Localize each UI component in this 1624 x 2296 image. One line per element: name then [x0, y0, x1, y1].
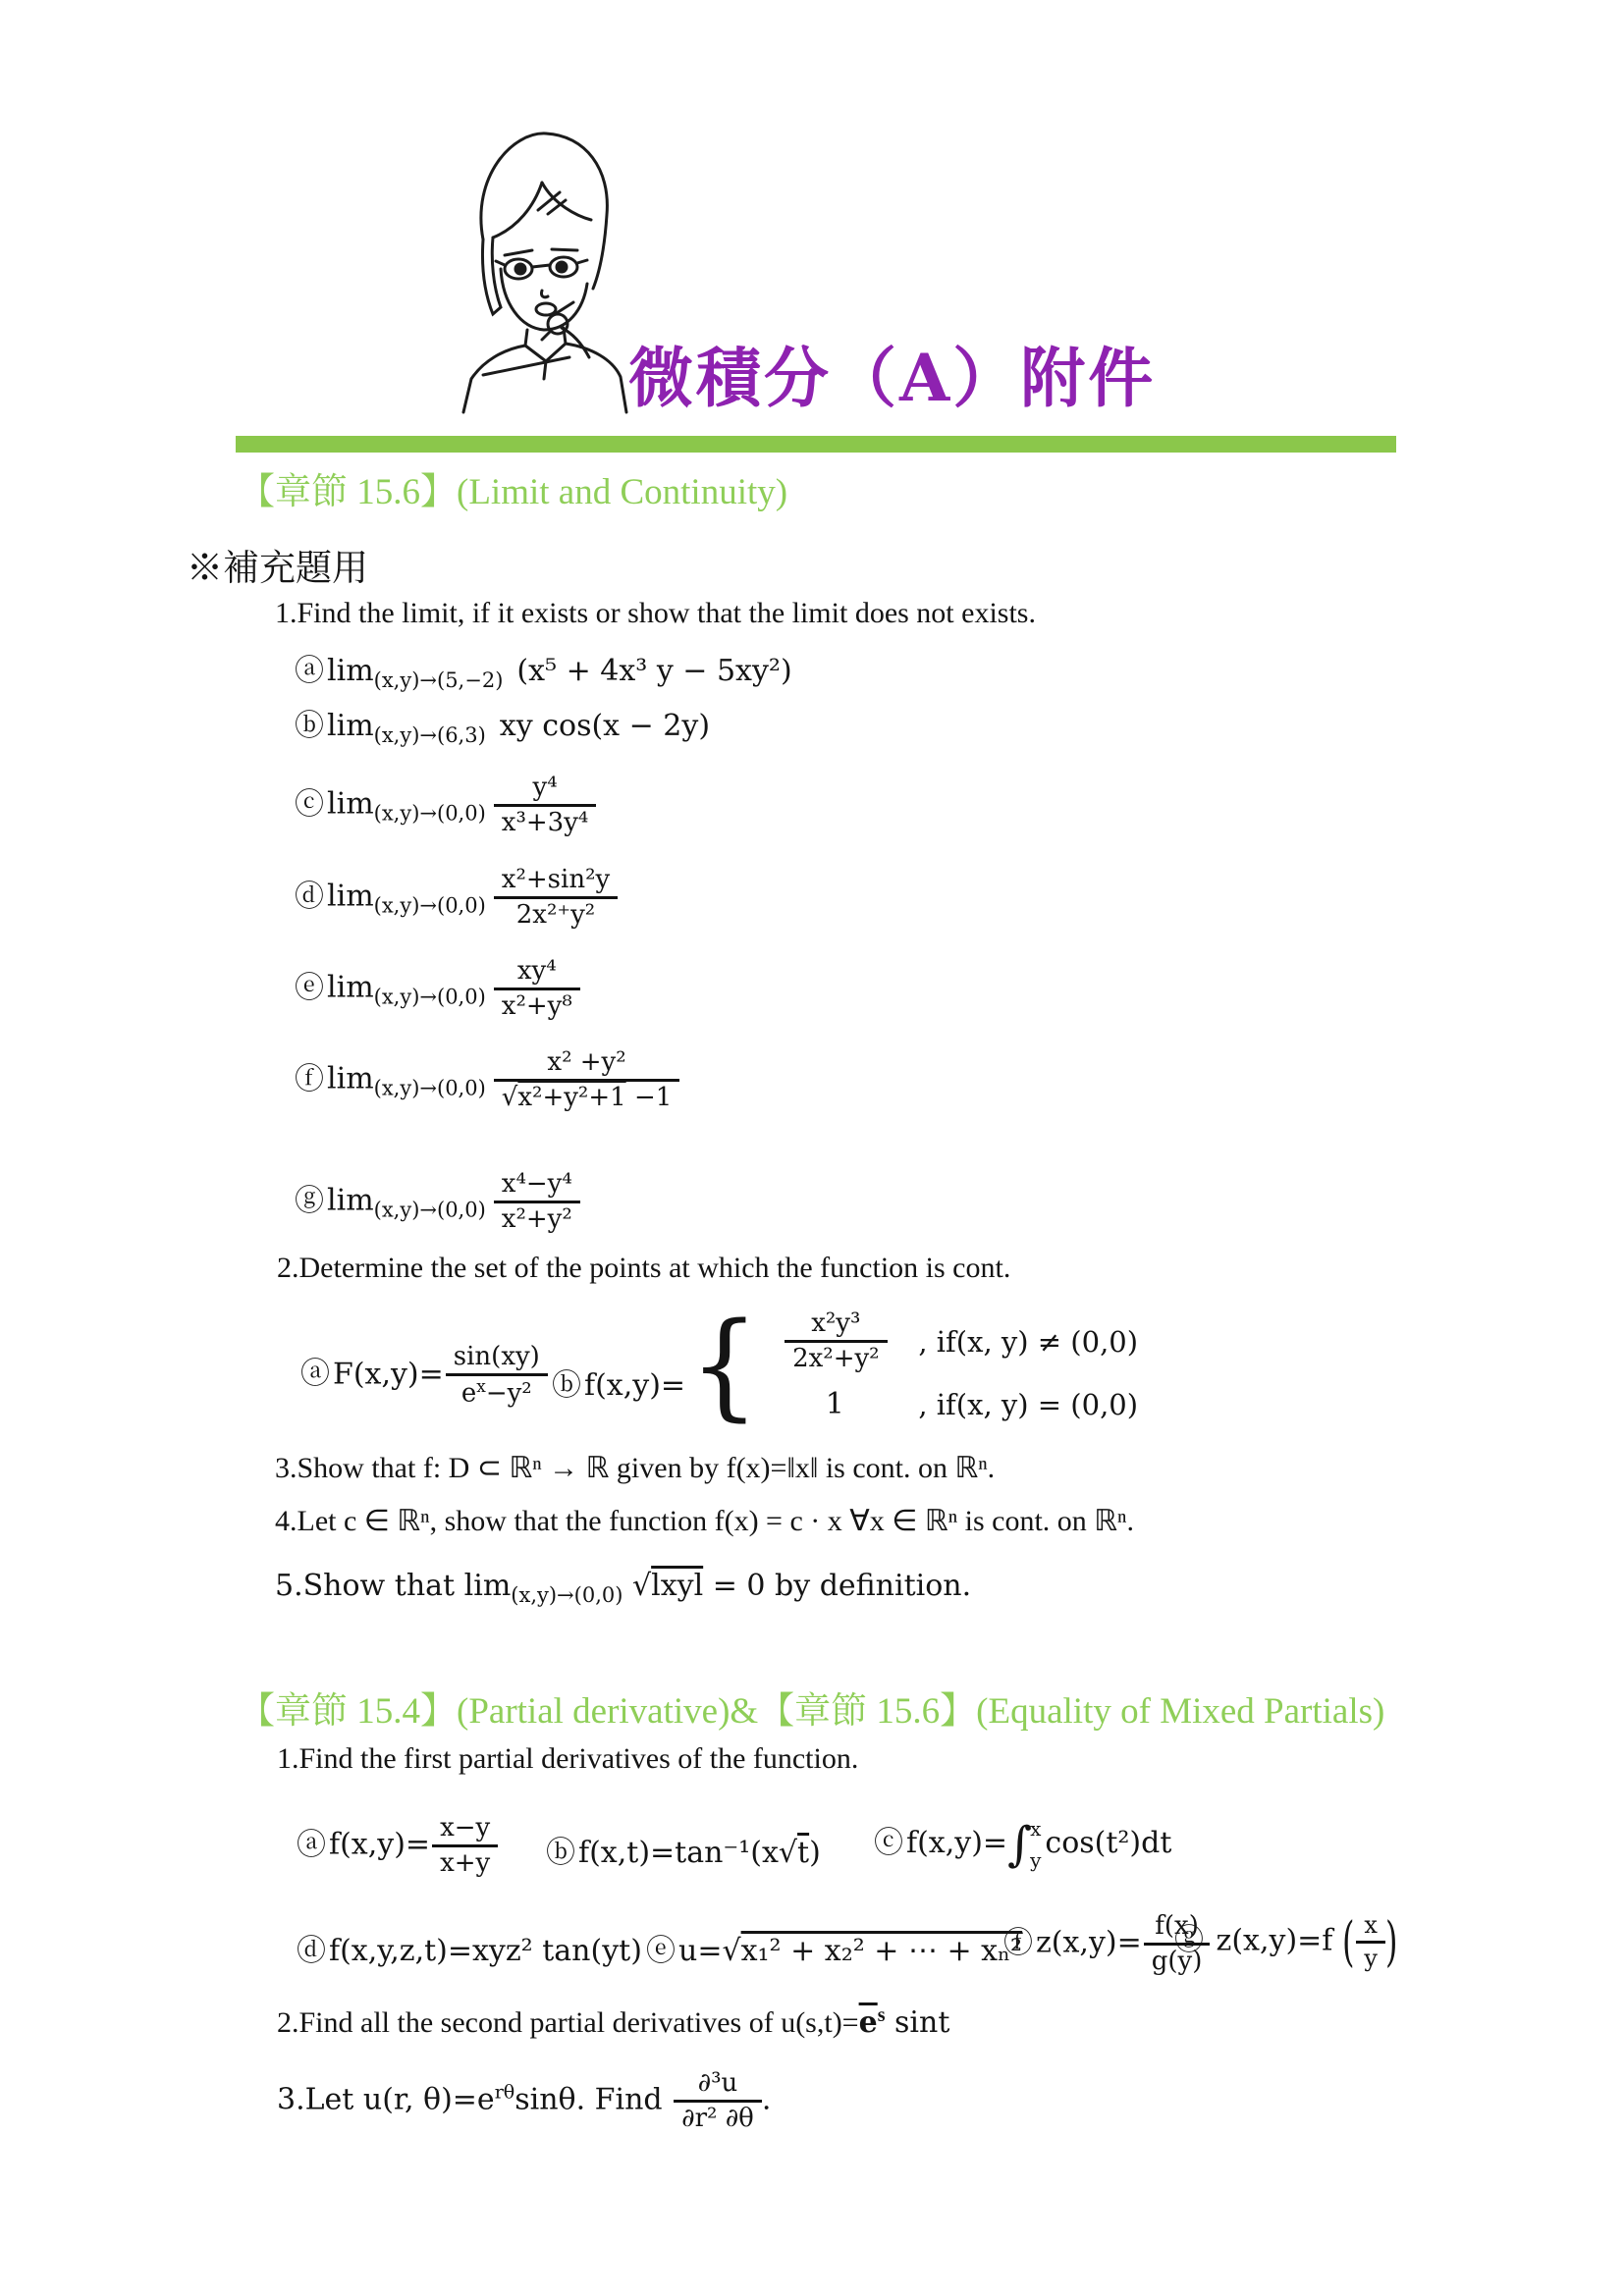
lim-operator: lim: [327, 709, 374, 743]
lim-operator: lim: [327, 1184, 374, 1218]
item-a-label: ⓐ: [295, 654, 324, 688]
lim-subscript: (x,y)→(0,0): [511, 1583, 623, 1607]
exponent-r-theta: rθ: [495, 2082, 515, 2104]
problem-2-lead: 2.Find all the second partial derivative…: [277, 2006, 859, 2039]
page-title: 微積分（A）附件: [628, 326, 1156, 419]
function-lead: u=: [678, 1934, 722, 1968]
partial-item-d: ⓓf(x,y,z,t)=xyz² tan(yt): [297, 1926, 642, 1969]
problem-2-text: 2.Determine the set of the points at whi…: [277, 1252, 1010, 1285]
item-a-label: ⓐ: [300, 1357, 330, 1391]
fraction-denominator: x²+y²: [494, 1201, 580, 1234]
exponent-s: s: [878, 2004, 886, 2026]
den-exponent: x: [476, 1377, 486, 1397]
partial-item-e: ⓔu=√x₁² + x₂² + ⋯ + xₙ²: [646, 1926, 1022, 1969]
document-page: 微積分（A）附件 【章節 15.6】(Limit and Continuity)…: [0, 0, 1624, 2296]
section-1-header: 【章節 15.6】(Limit and Continuity): [239, 461, 787, 514]
item-g-fraction: x⁴−y⁴x²+y²: [494, 1170, 580, 1234]
lim-subscript: (x,y)→(0,0): [374, 1199, 486, 1222]
piecewise-cases: x²y³2x²+y², if(x, y) ≠ (0,0)1, if(x, y) …: [761, 1309, 1138, 1421]
item-a-fraction: sin(xy)ex−y²: [446, 1343, 548, 1409]
lim-operator: lim: [327, 1062, 374, 1096]
fraction-numerator: x⁴−y⁴: [494, 1170, 580, 1201]
function-lead: f(x,y)=: [906, 1826, 1007, 1860]
limit-item-g: ⓖlim(x,y)→(0,0)x⁴−y⁴x²+y²: [295, 1170, 580, 1234]
limit-item-c: ⓒlim(x,y)→(0,0)y⁴x³+3y⁴: [295, 774, 596, 837]
radical-sign: √: [632, 1569, 651, 1603]
fraction-numerator: sin(xy): [446, 1343, 548, 1373]
fraction-numerator: xy⁴: [494, 957, 580, 988]
fraction-numerator: x² +y²: [494, 1048, 679, 1079]
item-a-fraction: x−yx+y: [432, 1814, 498, 1878]
mixed-partial-fraction: ∂³u∂r² ∂θ: [674, 2069, 762, 2133]
item-g-label: ⓖ: [1174, 1923, 1204, 1957]
item-b-label: ⓑ: [552, 1368, 581, 1403]
integral-upper-limit: x: [1030, 1819, 1041, 1839]
item-g-fraction: xy: [1356, 1912, 1385, 1972]
cases-brace: {: [689, 1316, 759, 1415]
fraction-denominator: x²+y⁸: [494, 988, 580, 1021]
fraction-numerator: x²+sin²y: [494, 866, 618, 896]
section-2-problem-1-text: 1.Find the first partial derivatives of …: [277, 1742, 858, 1776]
case-1-condition: , if(x, y) ≠ (0,0): [918, 1325, 1138, 1359]
case-2-value: 1: [761, 1387, 908, 1421]
item-d-label: ⓓ: [297, 1934, 326, 1968]
case-1-fraction: x²y³2x²+y²: [785, 1309, 888, 1373]
den-base: e: [461, 1379, 476, 1409]
integral-limits: xy: [1030, 1819, 1041, 1870]
fraction-denominator: ∂r² ∂θ: [674, 2100, 762, 2133]
item-c-label: ⓒ: [295, 787, 324, 822]
limit-item-f: ⓕlim(x,y)→(0,0)x² +y²√x²+y²+1 −1: [295, 1048, 679, 1112]
lim-subscript: (x,y)→(0,0): [374, 802, 486, 826]
fraction-numerator: ∂³u: [674, 2069, 762, 2100]
partial-item-b: ⓑf(x,t)=tan⁻¹(x√t): [546, 1828, 821, 1871]
function-lead: z(x,y)=f: [1207, 1923, 1342, 1957]
problem-4-text: 4.Let c ∈ ℝⁿ, show that the function f(x…: [275, 1504, 1134, 1538]
fraction-numerator: x²y³: [785, 1309, 888, 1340]
fraction-denominator: 2x²⁺y²: [494, 896, 618, 930]
case-row-2: 1, if(x, y) = (0,0): [761, 1387, 1138, 1421]
case-row-1: x²y³2x²+y², if(x, y) ≠ (0,0): [761, 1309, 1138, 1373]
radicand: lxyl: [651, 1569, 703, 1603]
item-e-label: ⓔ: [646, 1934, 676, 1968]
limit-item-a: ⓐlim(x,y)→(5,−2)(x⁵ + 4x³ y − 5xy²): [295, 646, 792, 692]
problem-1-text: 1.Find the limit, if it exists or show t…: [275, 597, 1036, 630]
open-paren: (: [1342, 1910, 1354, 1974]
continuity-item-b: ⓑf(x,y)={x²y³2x²+y², if(x, y) ≠ (0,0)1, …: [552, 1309, 1138, 1421]
limit-item-b: ⓑlim(x,y)→(6,3)xy cos(x − 2y): [295, 701, 710, 747]
limit-item-e: ⓔlim(x,y)→(0,0)xy⁴x²+y⁸: [295, 957, 580, 1021]
section-2-problem-2-line: 2.Find all the second partial derivative…: [277, 2004, 949, 2040]
item-e-fraction: xy⁴x²+y⁸: [494, 957, 580, 1021]
partial-item-g: ⓖ z(x,y)=f (xy): [1174, 1912, 1397, 1972]
item-a-expression: (x⁵ + 4x³ y − 5xy²): [516, 654, 791, 688]
item-c-fraction: y⁴x³+3y⁴: [494, 774, 597, 837]
lim-subscript: (x,y)→(6,3): [374, 723, 486, 747]
case-2-condition: , if(x, y) = (0,0): [918, 1388, 1138, 1421]
item-b-label: ⓑ: [546, 1836, 575, 1870]
problem-3-text: 3.Show that f: D ⊂ ℝⁿ → ℝ given by f(x)=…: [275, 1451, 995, 1485]
limit-item-d: ⓓlim(x,y)→(0,0)x²+sin²y2x²⁺y²: [295, 866, 618, 930]
item-c-integrand: cos(t²)dt: [1045, 1826, 1171, 1860]
lim-operator: lim: [327, 880, 374, 914]
function-lead: f(x,y)=: [584, 1368, 685, 1403]
section-2-problem-3-line: 3.Let u(r, θ)=erθsinθ. Find ∂³u∂r² ∂θ.: [277, 2069, 771, 2133]
radical-sign: √: [502, 1083, 518, 1112]
item-a-label: ⓐ: [297, 1828, 326, 1862]
close-paren: ): [1385, 1910, 1397, 1974]
problem-3-period: .: [762, 2083, 772, 2117]
item-f-label: ⓕ: [295, 1062, 324, 1096]
item-b-expression: f(x,t)=tan⁻¹(x√: [578, 1836, 797, 1870]
cartoon-student-illustration: [422, 120, 658, 434]
item-f-label: ⓕ: [1003, 1926, 1033, 1960]
fraction-denominator: ex−y²: [446, 1373, 548, 1409]
green-divider-bar: [236, 436, 1396, 453]
problem-5-lead: 5.Show that: [275, 1569, 464, 1603]
item-d-label: ⓓ: [295, 880, 324, 914]
radicand: x²+y²+1: [517, 1083, 625, 1112]
fraction-numerator: x: [1356, 1912, 1385, 1941]
item-b-expression: xy cos(x − 2y): [500, 709, 710, 743]
radicand: x₁² + x₂² + ⋯ + xₙ²: [741, 1934, 1023, 1968]
partial-item-c: ⓒf(x,y)=∫xycos(t²)dt: [874, 1818, 1171, 1870]
problem-5-line: 5.Show that lim(x,y)→(0,0) √lxyl = 0 by …: [275, 1569, 971, 1607]
problem-3-mid: sinθ. Find: [514, 2083, 672, 2117]
denominator-tail: −1: [634, 1083, 672, 1112]
fraction-denominator: y: [1356, 1941, 1385, 1972]
integral-lower-limit: y: [1030, 1850, 1041, 1870]
fraction-numerator: x−y: [432, 1814, 498, 1844]
partial-item-a: ⓐf(x,y)=x−yx+y: [297, 1814, 498, 1878]
problem-3-lead: 3.Let u(r, θ)=e: [277, 2083, 495, 2117]
item-d-fraction: x²+sin²y2x²⁺y²: [494, 866, 618, 930]
problem-2-tail: sint: [886, 2005, 950, 2040]
e-with-overbar: e: [859, 2005, 878, 2040]
function-lead: z(x,y)=: [1036, 1926, 1142, 1960]
lim-operator: lim: [327, 654, 374, 688]
fraction-denominator: x³+3y⁴: [494, 804, 597, 837]
radical-sign: √: [722, 1934, 740, 1968]
fraction-denominator: √x²+y²+1 −1: [494, 1079, 679, 1112]
lim-operator: lim: [464, 1569, 512, 1603]
item-b-label: ⓑ: [295, 709, 324, 743]
fraction-denominator: x+y: [432, 1844, 498, 1878]
function-lead: F(x,y)=: [333, 1357, 444, 1391]
fraction-denominator: 2x²+y²: [785, 1340, 888, 1373]
item-d-expression: f(x,y,z,t)=xyz² tan(yt): [329, 1934, 642, 1968]
fraction-numerator: y⁴: [494, 774, 597, 804]
section-2-header: 【章節 15.4】(Partial derivative)&【章節 15.6】(…: [239, 1681, 1384, 1734]
problem-5-tail: = 0 by definition.: [703, 1569, 971, 1603]
item-b-close: ): [809, 1836, 821, 1870]
item-c-label: ⓒ: [874, 1826, 903, 1860]
lim-subscript: (x,y)→(0,0): [374, 894, 486, 918]
integral-sign: ∫: [1007, 1817, 1032, 1872]
supplementary-note: ※補充題用: [187, 538, 368, 591]
lim-operator: lim: [327, 971, 374, 1005]
lim-subscript: (x,y)→(0,0): [374, 986, 486, 1009]
function-lead: f(x,y)=: [329, 1828, 430, 1862]
lim-subscript: (x,y)→(0,0): [374, 1077, 486, 1100]
item-e-label: ⓔ: [295, 971, 324, 1005]
item-f-fraction: x² +y²√x²+y²+1 −1: [494, 1048, 679, 1112]
lim-operator: lim: [327, 787, 374, 822]
lim-subscript: (x,y)→(5,−2): [374, 668, 504, 692]
item-g-label: ⓖ: [295, 1184, 324, 1218]
radicand: t: [797, 1836, 809, 1870]
continuity-item-a: ⓐF(x,y)=sin(xy)ex−y²: [300, 1343, 548, 1409]
den-rest: −y²: [486, 1379, 532, 1409]
